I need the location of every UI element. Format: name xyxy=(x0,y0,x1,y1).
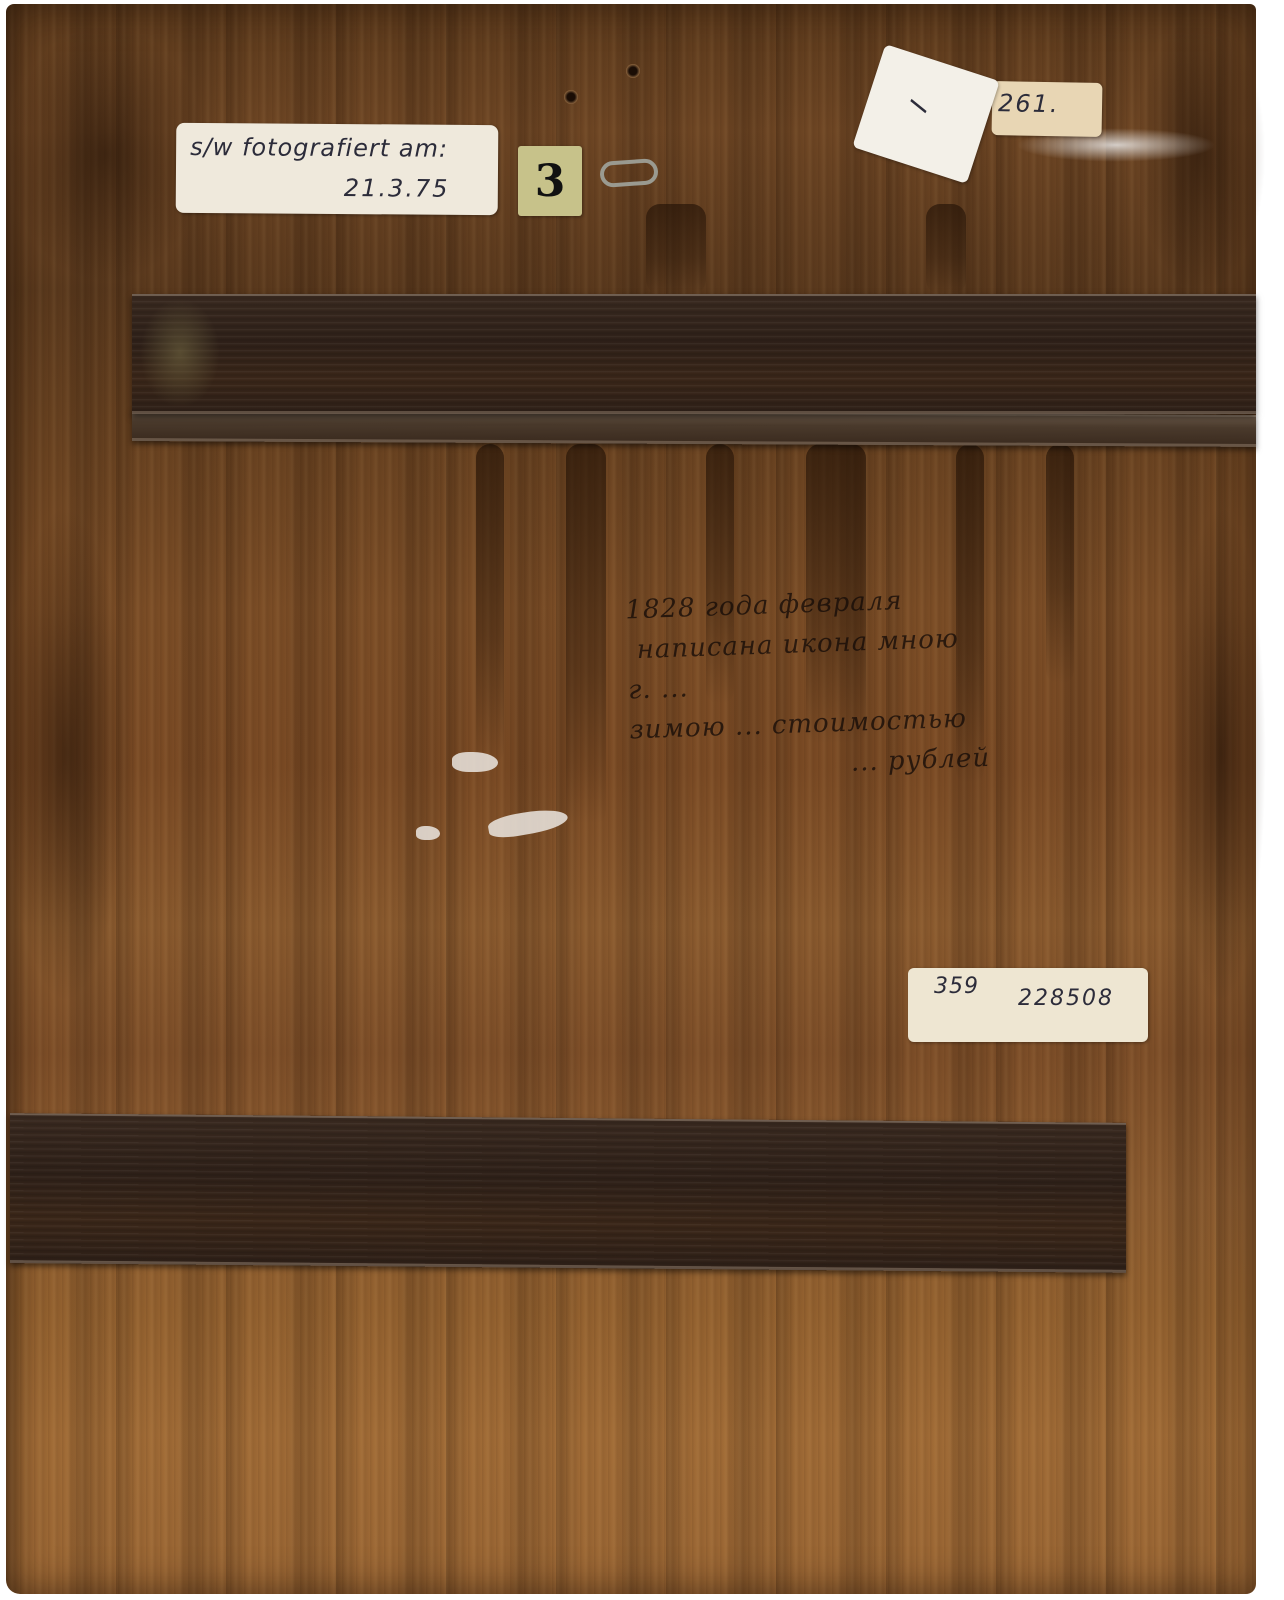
wooden-panel xyxy=(6,4,1256,1594)
wood-stain xyxy=(926,204,966,294)
inventory-label-back: 261. xyxy=(992,81,1103,137)
photo-date-label: s/w fotografiert am: 21.3.75 xyxy=(176,123,499,215)
catalog-number-text: 228508 xyxy=(1018,986,1114,1011)
inventory-number-text: 261. xyxy=(998,89,1060,118)
paint-loss xyxy=(452,752,498,772)
inventory-mark-text: I xyxy=(905,96,935,117)
wood-stain xyxy=(476,444,504,764)
nail-hole xyxy=(564,90,578,104)
slat-wax-patch xyxy=(140,298,220,408)
catalog-lot-text: 359 xyxy=(934,974,979,999)
top-slat-edge xyxy=(132,409,1256,447)
wood-stain xyxy=(566,444,606,824)
hanging-ring xyxy=(599,158,659,188)
top-cross-slat xyxy=(132,294,1256,414)
bottom-cross-slat xyxy=(10,1113,1126,1273)
catalog-label: 359 228508 xyxy=(908,968,1148,1042)
paint-loss xyxy=(416,826,440,840)
nail-hole xyxy=(626,64,640,78)
photo-note-text: s/w fotografiert am: xyxy=(190,133,448,163)
photo-date-text: 21.3.75 xyxy=(344,174,450,203)
wood-stain xyxy=(6,504,126,1004)
wood-stain xyxy=(646,204,706,294)
handwritten-inscription: 1828 года февраля написана икона мною г.… xyxy=(625,570,1232,791)
number-sticker: 3 xyxy=(518,146,582,216)
